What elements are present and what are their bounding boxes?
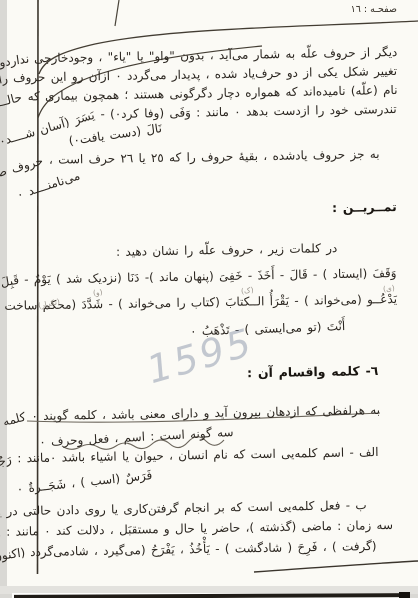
exercise-heading: تمــریــن : [332,198,397,216]
pencil-note: (و) [92,287,103,297]
pencil-note: (ی) [382,283,395,294]
page-number-label: صفحـه : ١٦ [351,4,397,15]
next-page-corner [399,592,410,598]
section6-heading: ٦- کلمه واقسام آن : [247,362,379,381]
scanned-book-page: { "header": { "page_label": "صفحـه : ١٦"… [0,0,418,598]
page-number-header: صفحـه : ١٦ [351,4,397,15]
pencil-note: (ک) [240,285,254,296]
